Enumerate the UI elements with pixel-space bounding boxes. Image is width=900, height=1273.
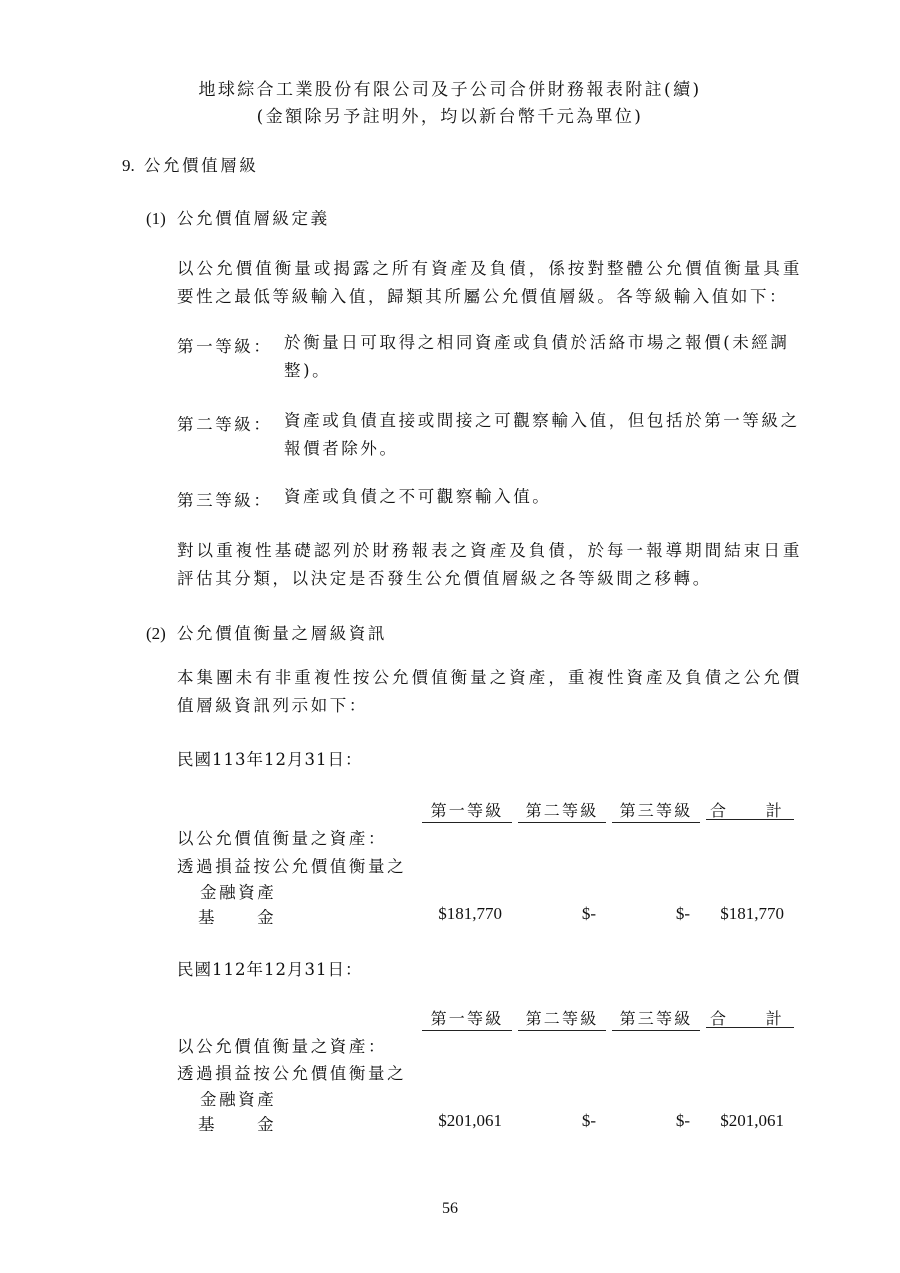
table-112-label-fvtpl: 透過損益按公允價值衡量之: [177, 1060, 406, 1084]
table-113-date: 民國113年12月31日：: [177, 746, 363, 770]
fund-label-left: 基: [198, 908, 217, 927]
subsection-2-title: 公允價值衡量之層級資訊: [177, 624, 387, 643]
level-3-text: 資產或負債之不可觀察輸入值。: [284, 483, 802, 511]
table-112-value-level3: $-: [594, 1111, 690, 1131]
table-113-label-financial-assets: 金融資產: [200, 879, 276, 903]
level-2-label: 第二等級：: [177, 411, 273, 435]
fund-label-right: 金: [257, 1115, 276, 1134]
level-1-label: 第一等級：: [177, 333, 273, 357]
total-header-left: 合: [710, 798, 728, 817]
table-113-col-level3: 第三等級: [612, 798, 700, 823]
table-112-value-level2: $-: [500, 1111, 596, 1131]
table-113-col-level2: 第二等級: [518, 798, 606, 823]
section-number: 9.: [122, 156, 135, 175]
section-heading: 9. 公允價值層級: [122, 152, 258, 176]
table-113-label-assets: 以公允價值衡量之資產：: [177, 825, 387, 849]
table-113-col-level1: 第一等級: [422, 798, 512, 823]
table-112-value-total: $201,061: [690, 1111, 784, 1131]
table-113-value-level3: $-: [594, 904, 690, 924]
level-2-text: 資產或負債直接或間接之可觀察輸入值，但包括於第一等級之報價者除外。: [284, 407, 802, 463]
table-112-col-total: 合 計: [706, 1006, 794, 1028]
total-header-left: 合: [710, 1006, 728, 1025]
table-112-label-assets: 以公允價值衡量之資產：: [177, 1033, 387, 1057]
section-title: 公允價值層級: [144, 156, 259, 175]
fund-label-right: 金: [257, 908, 276, 927]
table-112-col-level1: 第一等級: [422, 1006, 512, 1031]
table-113-value-level1: $181,770: [410, 904, 502, 924]
table-113-value-level2: $-: [500, 904, 596, 924]
definition-intro: 以公允價值衡量或揭露之所有資產及負債，係按對整體公允價值衡量具重要性之最低等級輸…: [177, 255, 802, 311]
reassessment-paragraph: 對以重複性基礎認列於財務報表之資產及負債，於每一報導期間結束日重評估其分類，以決…: [177, 537, 802, 593]
subsection-1-heading: (1) 公允價值層級定義: [146, 205, 330, 229]
table-113-col-total: 合 計: [706, 798, 794, 820]
hierarchy-intro: 本集團未有非重複性按公允價值衡量之資產，重複性資產及負債之公允價值層級資訊列示如…: [177, 664, 802, 720]
level-1-text: 於衡量日可取得之相同資產或負債於活絡市場之報價(未經調整)。: [284, 329, 802, 385]
subsection-2-heading: (2) 公允價值衡量之層級資訊: [146, 620, 387, 644]
table-112-value-level1: $201,061: [410, 1111, 502, 1131]
table-112-col-level2: 第二等級: [518, 1006, 606, 1031]
total-header-right: 計: [766, 798, 784, 817]
table-112-label-financial-assets: 金融資產: [200, 1086, 276, 1110]
subsection-1-number: (1): [146, 209, 166, 228]
total-header-right: 計: [766, 1006, 784, 1025]
subsection-1-title: 公允價值層級定義: [177, 209, 330, 228]
table-113-item-fund: 基金: [198, 904, 276, 928]
document-subtitle: (金額除另予註明外，均以新台幣千元為單位): [0, 102, 900, 127]
subsection-2-number: (2): [146, 624, 166, 643]
document-title: 地球綜合工業股份有限公司及子公司合併財務報表附註(續): [0, 75, 900, 100]
page-number: 56: [0, 1200, 900, 1218]
table-112-item-fund: 基金: [198, 1111, 276, 1135]
table-112-date: 民國112年12月31日：: [177, 956, 363, 980]
table-113-value-total: $181,770: [690, 904, 784, 924]
fund-label-left: 基: [198, 1115, 217, 1134]
table-112-col-level3: 第三等級: [612, 1006, 700, 1031]
table-113-label-fvtpl: 透過損益按公允價值衡量之: [177, 853, 406, 877]
level-3-label: 第三等級：: [177, 487, 273, 511]
